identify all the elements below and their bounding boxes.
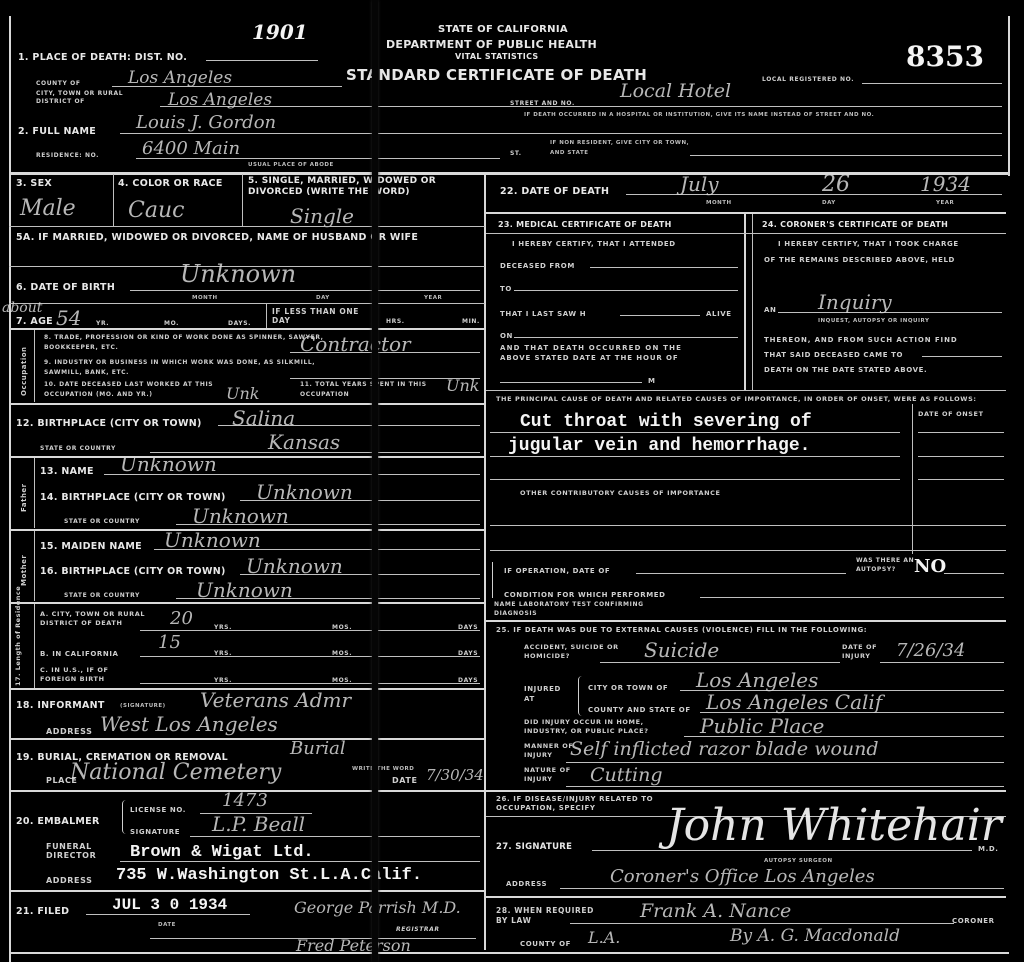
injury-place-value: Public Place — [700, 714, 824, 738]
trade-label: 8. Trade, profession or kind of work don… — [44, 333, 324, 353]
st-label: St. — [510, 150, 522, 157]
mother-maiden-value: Unknown — [164, 528, 261, 552]
place-of-death-label: 1. Place of Death: Dist. No. — [18, 52, 187, 63]
center-divider — [484, 172, 486, 950]
informant-address-label: Address — [46, 727, 92, 736]
county-label: County of — [36, 80, 81, 87]
coroner-line5: death on the date stated above. — [764, 366, 927, 374]
birthplace-label: 12. Birthplace (city or town) — [16, 418, 202, 429]
dob-year-caption: Year — [424, 295, 442, 301]
death-day-caption: Day — [822, 200, 836, 206]
full-name-value: Louis J. Gordon — [136, 112, 276, 133]
residence-b-value: 15 — [158, 632, 181, 653]
age-days-caption: days. — [228, 320, 251, 327]
age-label: 7. Age — [16, 316, 53, 327]
medical-alive: alive — [706, 310, 732, 318]
embalmer-signature-label: Signature — [130, 828, 180, 836]
nature-label: Nature of injury — [524, 766, 584, 784]
signature-address-value: Coroner's Office Los Angeles — [610, 866, 875, 887]
division-name: Vital Statistics — [455, 52, 538, 61]
burial-value: Burial — [290, 738, 346, 759]
informant-signature-label: (Signature) — [120, 703, 166, 709]
external-kind-label: Accident, suicide or homicide? — [524, 643, 620, 661]
mother-state-value: Unknown — [196, 578, 293, 602]
burial-date-value: 7/30/34 — [426, 766, 484, 784]
residence-label: Residence: No. — [36, 152, 99, 159]
county-value: Los Angeles — [128, 68, 232, 88]
street-label: Street and No. — [510, 100, 575, 107]
city-label: City, Town or Rural District of — [36, 90, 132, 106]
mother-section-label: Mother — [20, 555, 28, 586]
medical-last-saw: that I last saw h — [500, 310, 586, 318]
total-years-value: Unk — [446, 376, 479, 395]
required-county-value: L.A. — [588, 928, 620, 947]
death-month-caption: Month — [706, 200, 732, 206]
certificate-title: Standard Certificate of Death — [346, 66, 647, 84]
death-certificate: 1901 State of California Department of P… — [0, 0, 1024, 962]
funeral-address-label: Address — [46, 876, 92, 885]
injury-city-label: City or town of — [588, 684, 668, 692]
death-year-caption: Year — [936, 200, 954, 206]
sex-label: 3. Sex — [16, 178, 52, 189]
less-than-day-label: If less than one day — [272, 307, 364, 325]
burial-date-label: Date — [392, 776, 418, 785]
medical-m: m — [648, 377, 656, 385]
injury-county-value: Los Angeles Calif — [706, 690, 882, 714]
dob-label: 6. Date of Birth — [16, 282, 115, 293]
dob-day-caption: Day — [316, 295, 330, 301]
signature-value: John Whitehair — [666, 800, 1002, 851]
registrar-label: Registrar — [396, 926, 440, 933]
operation-bracket — [492, 562, 496, 598]
required-deputy: By A. G. Macdonald — [730, 926, 900, 946]
date-of-onset-label: Date of onset — [918, 410, 984, 418]
local-registered-label: Local Registered No. — [762, 76, 854, 83]
left-border — [9, 16, 11, 962]
marital-value: Single — [290, 204, 354, 228]
external-label: 25. If death was due to external causes … — [496, 626, 867, 634]
embalmer-brace — [122, 800, 128, 834]
embalmer-signature-value: L.P. Beall — [212, 812, 305, 836]
dob-month-caption: Month — [192, 295, 218, 301]
cause-line1: Cut throat with severing of — [520, 412, 812, 432]
funeral-director-value: Brown & Wigat Ltd. — [130, 843, 314, 862]
signature-address-label: Address — [506, 880, 547, 888]
mother-birthplace-value: Unknown — [246, 554, 343, 578]
informant-value: Veterans Admr — [200, 688, 351, 712]
injury-city-value: Los Angeles — [696, 668, 818, 692]
birthplace-state-label: State or Country — [40, 445, 116, 452]
injury-county-label: County and State of — [588, 706, 691, 714]
age-value: 54 — [56, 306, 81, 330]
coroner-held-caption: Inquest, autopsy or inquiry — [818, 318, 929, 324]
dob-value: Unknown — [180, 260, 296, 288]
father-state-value: Unknown — [192, 504, 289, 528]
occupational-label: 26. If disease/injury related to occupat… — [496, 795, 686, 813]
right-border — [1008, 16, 1010, 176]
medical-on: on — [500, 332, 513, 340]
injury-place-label: Did injury occur in home, industry, or p… — [524, 718, 684, 736]
institution-note: If death occurred in a hospital or insti… — [524, 112, 874, 118]
birthplace-city-value: Salina — [232, 406, 295, 430]
signature-caption: Autopsy Surgeon — [764, 858, 833, 864]
last-worked-value: Unk — [226, 384, 259, 403]
form-year: 1901 — [252, 20, 308, 44]
injured-at-label: Injured at — [524, 684, 574, 704]
occupation-section-label: Occupation — [20, 346, 28, 396]
min-caption: min. — [462, 318, 480, 325]
residence-b-label: B. In California — [40, 650, 119, 658]
death-day-value: 26 — [822, 172, 850, 197]
last-worked-label: 10. Date deceased last worked at this oc… — [44, 380, 254, 400]
race-label: 4. Color or Race — [118, 178, 223, 189]
father-name-label: 13. Name — [40, 466, 94, 477]
lab-test-label: Name laboratory test confirming diagnosi… — [494, 600, 644, 618]
full-name-label: 2. Full Name — [18, 126, 96, 137]
coroner-line2: of the remains described above, held — [764, 256, 955, 264]
coroner-line1: I hereby certify, that I took charge — [778, 240, 959, 248]
cause-line2: jugular vein and hemorrhage. — [508, 436, 810, 456]
required-coroner: Coroner — [952, 917, 995, 925]
birthplace-state-value: Kansas — [268, 430, 340, 454]
medical-occurred: and that death occurred on the — [500, 344, 682, 352]
funeral-director-label: Funeral Director — [46, 842, 116, 860]
death-month-value: July — [680, 172, 719, 196]
total-years-label: 11. Total years spent in this occupation — [300, 380, 460, 400]
burial-place-value: National Cemetery — [70, 760, 281, 785]
death-year-value: 1934 — [920, 172, 971, 196]
coroner-held-value: Inquiry — [818, 290, 892, 314]
autopsy-label: Was there an autopsy? — [856, 556, 918, 574]
coroner-an: an — [764, 306, 776, 314]
header-divider — [9, 172, 1009, 175]
nature-value: Cutting — [590, 764, 663, 786]
marital-label: 5. Single, Married, Widowed or Divorced … — [248, 176, 482, 198]
injured-at-brace — [578, 676, 583, 716]
coroner-line3: thereon, and from such action find — [764, 336, 958, 344]
scan-fold-line — [372, 0, 378, 962]
usual-place-note: Usual place of abode — [248, 162, 334, 168]
coroner-line4: that said deceased came to — [764, 351, 903, 359]
father-birthplace-value: Unknown — [256, 480, 353, 504]
street-value: Local Hotel — [620, 80, 731, 102]
cause-intro: The principal cause of death and related… — [496, 394, 1006, 404]
medical-line1: I hereby certify, that I attended — [512, 240, 676, 248]
other-causes-label: Other contributory causes of importance — [520, 489, 721, 497]
race-value: Cauc — [128, 198, 184, 223]
sex-value: Male — [20, 196, 76, 221]
filed-date-caption: Date — [158, 922, 176, 928]
department-name: Department of Public Health — [386, 38, 597, 51]
date-injury-value: 7/26/34 — [896, 640, 965, 661]
manner-value: Self inflicted razor blade wound — [570, 738, 879, 760]
signature-md: M.D. — [978, 845, 999, 853]
residence-value: 6400 Main — [142, 138, 240, 159]
mother-birthplace-label: 16. Birthplace (city or town) — [40, 566, 226, 577]
certificate-number: 8353 — [906, 40, 984, 73]
license-label: License No. — [130, 806, 186, 814]
medical-deceased-from: deceased from — [500, 262, 575, 270]
city-value: Los Angeles — [168, 90, 272, 110]
mother-maiden-label: 15. Maiden Name — [40, 541, 142, 552]
license-value: 1473 — [222, 790, 268, 811]
state-name: State of California — [438, 24, 568, 35]
required-value: Frank A. Nance — [640, 900, 791, 922]
residence-c-label: C. In U.S., if of foreign birth — [40, 666, 144, 684]
filed-label: 21. Filed — [16, 906, 69, 917]
nonresident-label: If non resident, give city or town, and … — [550, 138, 690, 158]
age-yr-caption: yr. — [96, 320, 109, 327]
signature-label: 27. Signature — [496, 842, 572, 852]
informant-label: 18. Informant — [16, 700, 105, 711]
burial-write-note: Write the word — [352, 766, 414, 772]
spouse-label: 5a. If Married, Widowed or Divorced, Nam… — [16, 232, 418, 243]
father-birthplace-label: 14. Birthplace (city or town) — [40, 492, 226, 503]
medical-hour: above stated date at the hour of — [500, 354, 679, 362]
residence-length-section-label: 17. Length of Residence — [14, 586, 22, 686]
father-section-label: Father — [20, 483, 28, 512]
condition-label: Condition for which performed — [504, 591, 666, 599]
medical-cert-label: 23. Medical Certificate of Death — [498, 220, 672, 229]
filed-date-value: JUL 3 0 1934 — [112, 896, 227, 914]
external-kind-value: Suicide — [644, 638, 719, 662]
medical-to: to — [500, 285, 512, 293]
embalmer-label: 20. Embalmer — [16, 816, 100, 827]
coroner-cert-label: 24. Coroner's Certificate of Death — [762, 220, 948, 229]
mother-state-label: State or Country — [64, 592, 140, 599]
residence-a-label: A. City, town or rural district of death — [40, 610, 158, 628]
father-state-label: State or Country — [64, 518, 140, 525]
autopsy-value: NO — [914, 556, 946, 577]
father-name-value: Unknown — [120, 452, 217, 476]
required-county-label: County of — [520, 940, 571, 948]
industry-label: 9. Industry or business in which work wa… — [44, 358, 324, 378]
operation-label: If operation, date of — [504, 567, 610, 575]
informant-address-value: West Los Angeles — [100, 712, 278, 736]
date-of-death-label: 22. Date of Death — [500, 186, 609, 197]
date-injury-label: Date of injury — [842, 643, 882, 661]
age-mo-caption: mo. — [164, 320, 179, 327]
age-note: about — [2, 300, 42, 316]
hrs-caption: hrs. — [386, 318, 405, 325]
residence-a-value: 20 — [170, 608, 193, 629]
